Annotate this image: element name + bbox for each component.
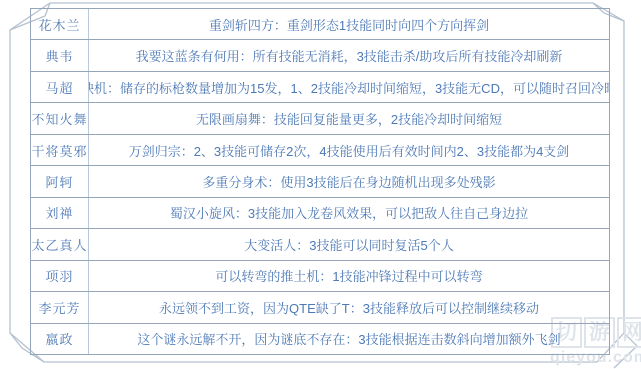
- skill-description: 蜀汉小旋风：3技能加入龙卷风效果，可以把敌人往自己身边拉: [89, 198, 609, 228]
- hero-name: 干将莫邪: [31, 135, 89, 165]
- hero-name: 太乙真人: [31, 229, 89, 259]
- hero-name: 嬴政: [31, 324, 89, 354]
- table-row: 太乙真人大变活人：3技能可以同时复活5个人: [31, 229, 609, 260]
- table-row: 马超插秧机：储存的标枪数量增加为15发，1、2技能冷却时间缩短，3技能无CD，可…: [31, 72, 609, 103]
- hero-name: 马超: [31, 72, 89, 102]
- hero-name: 典韦: [31, 40, 89, 70]
- skill-description: 插秧机：储存的标枪数量增加为15发，1、2技能冷却时间缩短，3技能无CD，可以随…: [89, 72, 609, 102]
- table-row: 花木兰重剑斩四方：重剑形态1技能同时向四个方向挥剑: [31, 9, 609, 40]
- skill-description: 无限画扇舞：技能回复能量更多，2技能冷却时间缩短: [89, 103, 609, 133]
- skill-description: 我要这蓝条有何用：所有技能无消耗，3技能击杀/助攻后所有技能冷却刷新: [89, 40, 609, 70]
- watermark-char: 网: [617, 317, 641, 348]
- skill-description: 多重分身术：使用3技能后在身边随机出现多处残影: [89, 166, 609, 196]
- infographic-panel: 切游网 qieyou.com 花木兰重剑斩四方：重剑形态1技能同时向四个方向挥剑…: [0, 0, 641, 369]
- skill-description: 这个谜永远解不开，因为谜底不存在：3技能根据连击数斜向增加额外飞剑: [89, 324, 609, 354]
- skill-description: 大变活人：3技能可以同时复活5个人: [89, 229, 609, 259]
- table-row: 干将莫邪万剑归宗：2、3技能可储存2次，4技能使用后有效时间内2、3技能都为4支…: [31, 135, 609, 166]
- hero-name: 阿轲: [31, 166, 89, 196]
- skill-description: 可以转弯的推土机：1技能冲锋过程中可以转弯: [89, 261, 609, 291]
- table-row: 项羽可以转弯的推土机：1技能冲锋过程中可以转弯: [31, 261, 609, 292]
- hero-name: 项羽: [31, 261, 89, 291]
- hero-skill-table: 花木兰重剑斩四方：重剑形态1技能同时向四个方向挥剑典韦我要这蓝条有何用：所有技能…: [30, 8, 610, 355]
- table-row: 典韦我要这蓝条有何用：所有技能无消耗，3技能击杀/助攻后所有技能冷却刷新: [31, 40, 609, 71]
- hero-name: 刘禅: [31, 198, 89, 228]
- table-row: 嬴政这个谜永远解不开，因为谜底不存在：3技能根据连击数斜向增加额外飞剑: [31, 324, 609, 354]
- hero-name: 花木兰: [31, 9, 89, 39]
- table-row: 李元芳永远领不到工资，因为QTE缺了T：3技能释放后可以控制继续移动: [31, 292, 609, 323]
- table-row: 不知火舞无限画扇舞：技能回复能量更多，2技能冷却时间缩短: [31, 103, 609, 134]
- skill-description: 万剑归宗：2、3技能可储存2次，4技能使用后有效时间内2、3技能都为4支剑: [89, 135, 609, 165]
- table-row: 阿轲多重分身术：使用3技能后在身边随机出现多处残影: [31, 166, 609, 197]
- table-row: 刘禅蜀汉小旋风：3技能加入龙卷风效果，可以把敌人往自己身边拉: [31, 198, 609, 229]
- hero-name: 不知火舞: [31, 103, 89, 133]
- hero-name: 李元芳: [31, 292, 89, 322]
- skill-description: 永远领不到工资，因为QTE缺了T：3技能释放后可以控制继续移动: [89, 292, 609, 322]
- skill-description: 重剑斩四方：重剑形态1技能同时向四个方向挥剑: [89, 9, 609, 39]
